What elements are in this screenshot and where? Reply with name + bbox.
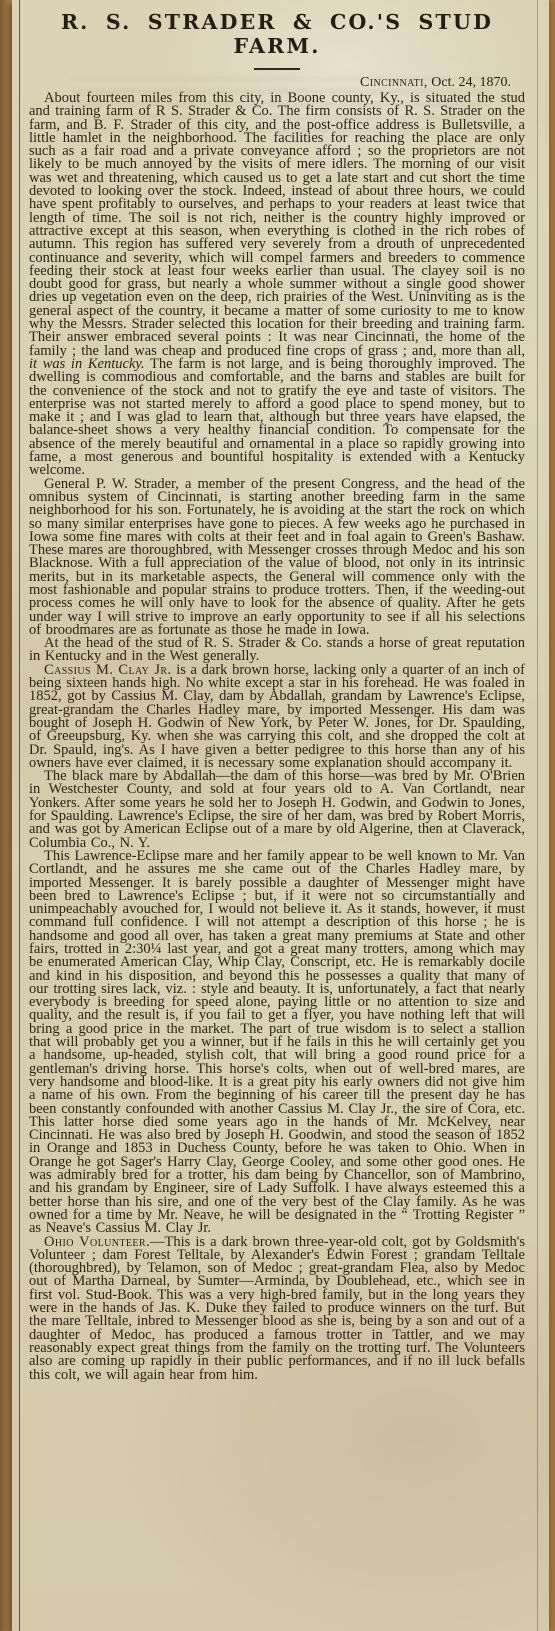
newspaper-clipping: R. S. STRADER & CO.'S STUD FARM. Cincinn…	[12, 0, 549, 1631]
dateline-date: Oct. 24, 1870.	[428, 75, 511, 90]
article-headline: R. S. STRADER & CO.'S STUD FARM.	[29, 10, 525, 58]
article-paragraph: At the head of the stud of R. S. Strader…	[29, 637, 525, 664]
dateline-place: Cincinnati,	[360, 75, 428, 90]
article-paragraph: This Lawrence-Eclipse mare and her famil…	[29, 850, 525, 1236]
column-rule-right	[537, 0, 538, 1631]
article-body: About fourteen miles from this city, in …	[29, 92, 525, 1382]
headline-divider-rule	[254, 68, 300, 70]
article-paragraph: The black mare by Abdallah—the dam of th…	[29, 770, 525, 850]
article-paragraph: About fourteen miles from this city, in …	[29, 92, 525, 478]
article-paragraph: Cassius M. Clay Jr. is a dark brown hors…	[29, 664, 525, 770]
column-rule-left	[19, 0, 20, 1631]
article-paragraph: General P. W. Strader, a member of the p…	[29, 478, 525, 638]
article-paragraph: Ohio Volunteer.—This is a dark brown thr…	[29, 1236, 525, 1382]
article: R. S. STRADER & CO.'S STUD FARM. Cincinn…	[29, 7, 525, 1382]
dateline: Cincinnati, Oct. 24, 1870.	[29, 75, 525, 91]
